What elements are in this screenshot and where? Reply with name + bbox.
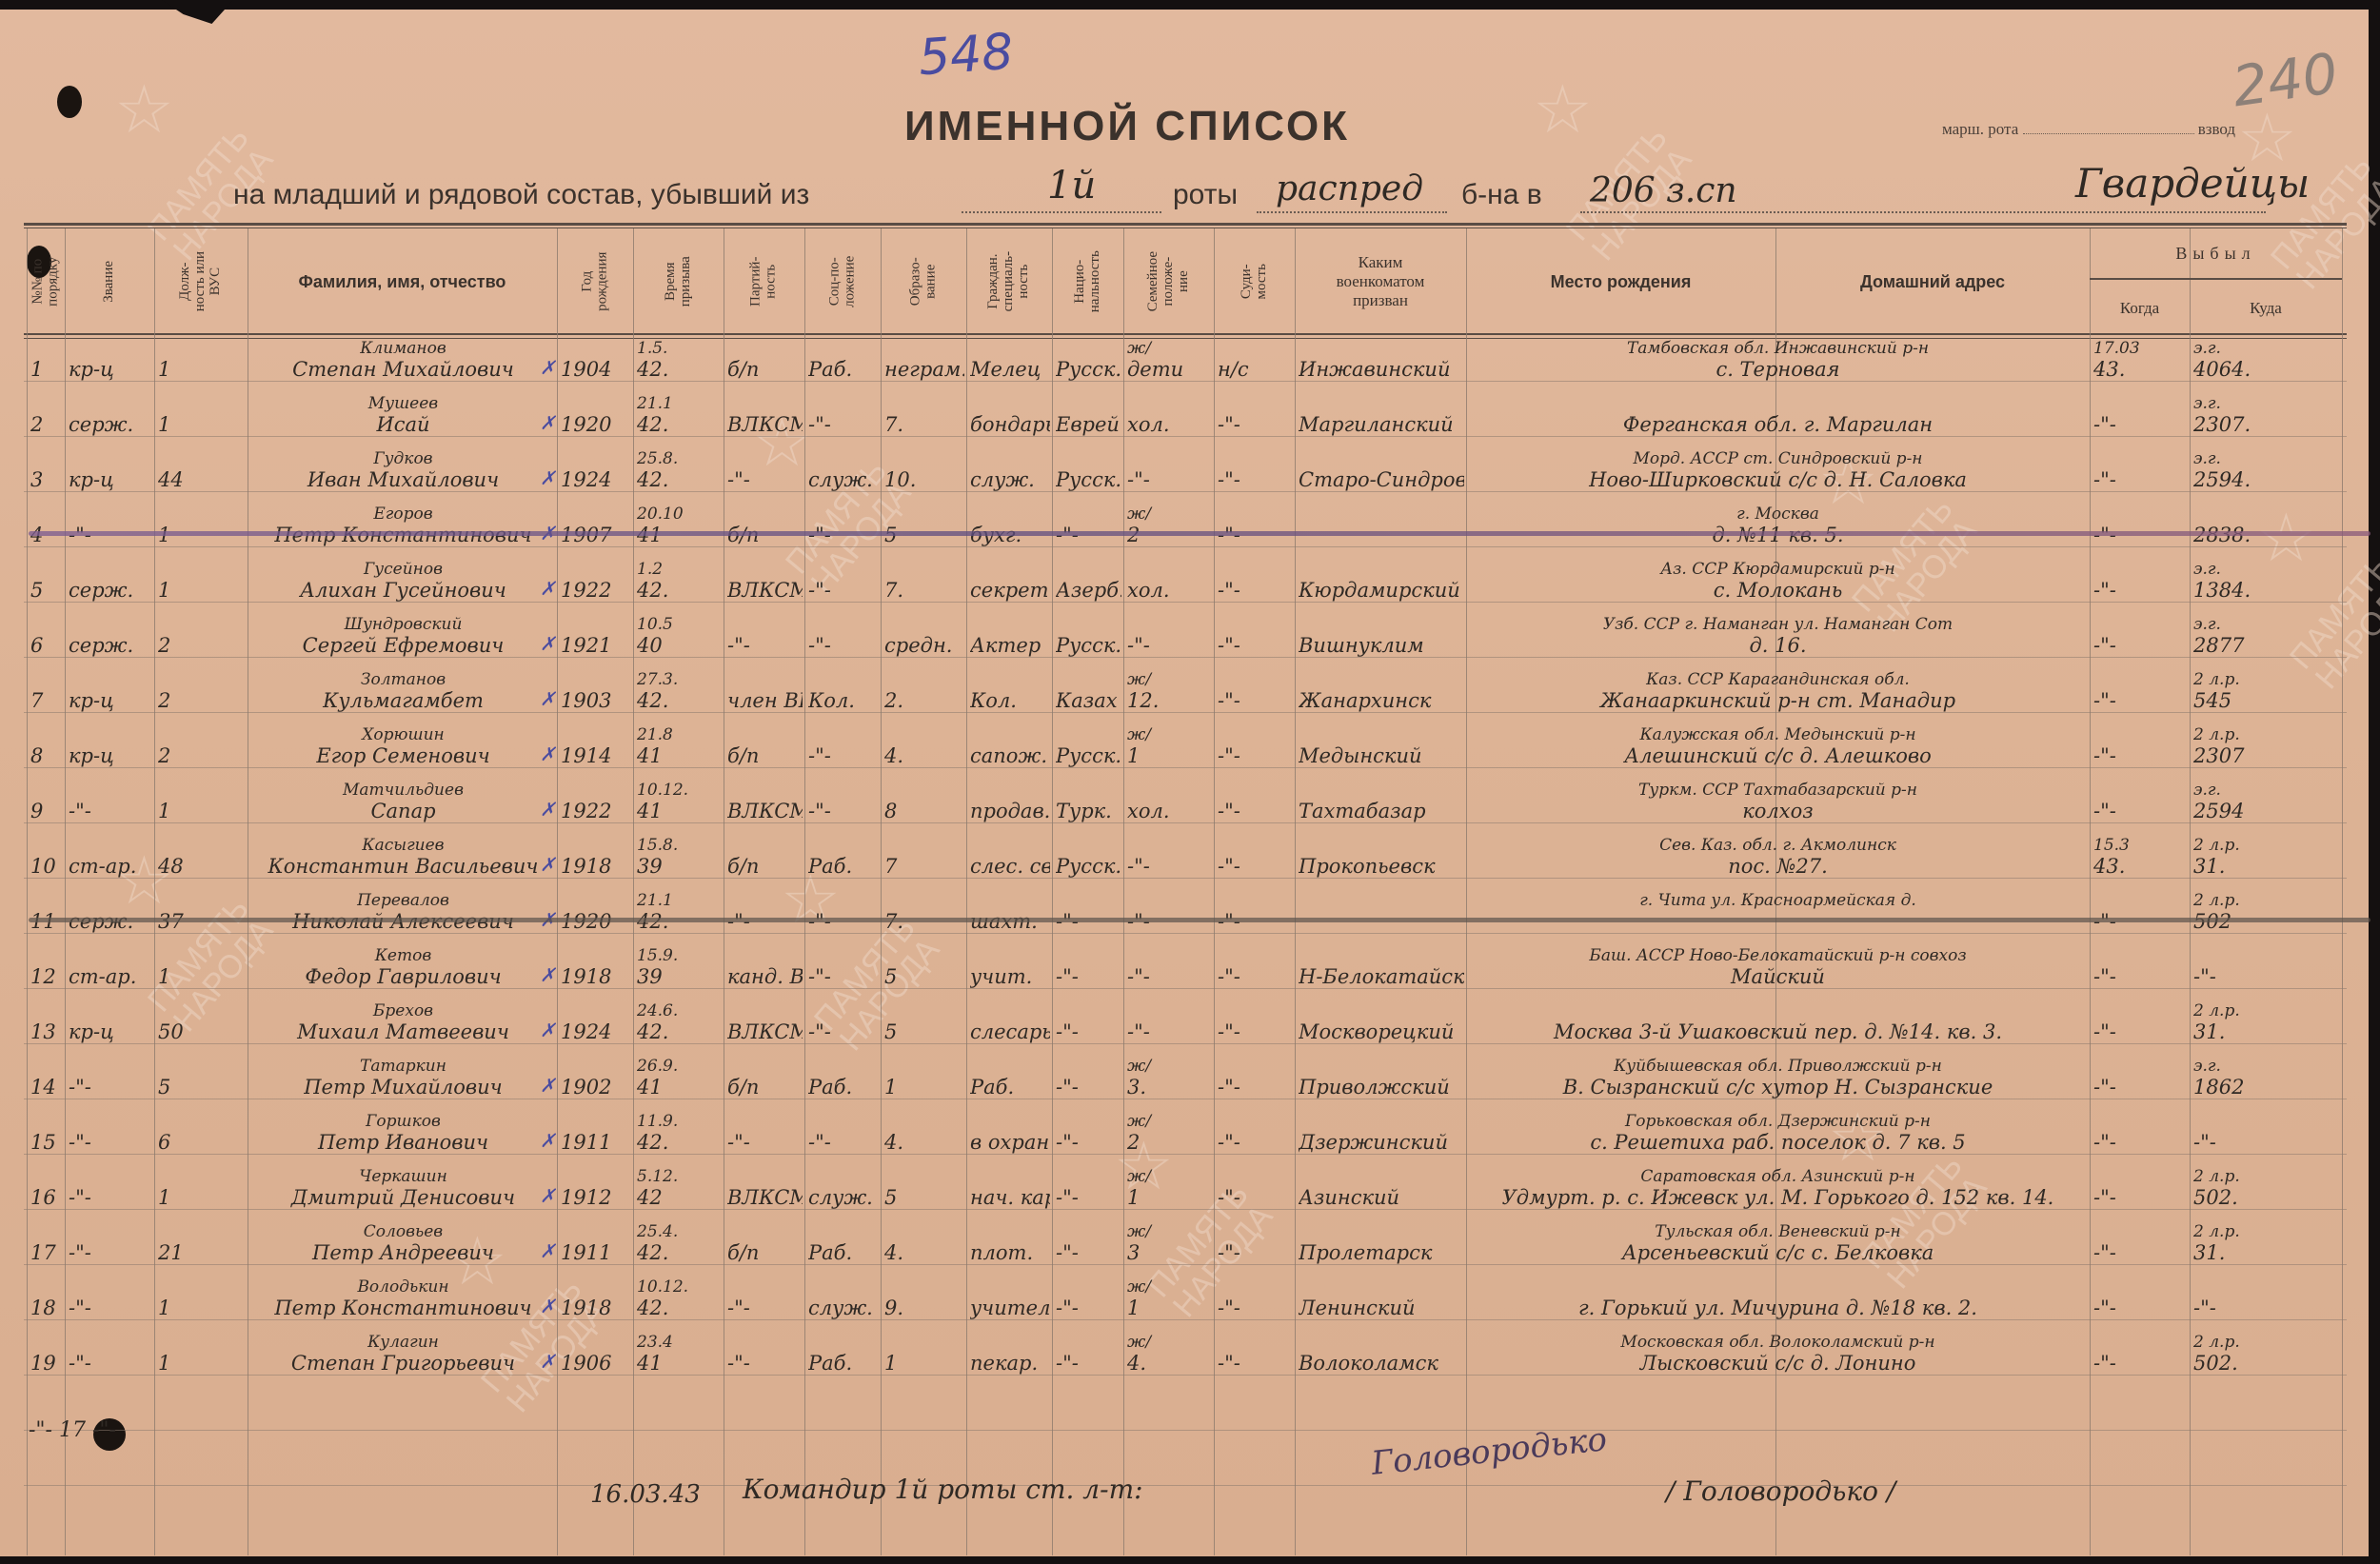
cell-when: -"- [2093, 1057, 2188, 1112]
cell-family: ж/3. [1127, 1057, 1212, 1112]
cell-social: -"- [808, 1112, 879, 1167]
cell-rank: кр-ц [69, 670, 152, 725]
column-header: Место рождения [1466, 228, 1775, 335]
scan-edge-bottom [0, 1556, 2380, 1564]
cell-year: 1918 [561, 836, 631, 891]
cell-year: 1904 [561, 339, 631, 394]
cell-social: -"- [808, 615, 879, 670]
column-header: Год рождения [557, 228, 633, 335]
cell-nat: Русск. [1056, 449, 1121, 505]
cell-when: 15.343. [2093, 836, 2188, 891]
cell-year: 1924 [561, 449, 631, 505]
cell-draft: 10.12.41 [637, 781, 722, 836]
strike-through-line [29, 918, 2370, 922]
cell-vus: 1 [158, 1167, 246, 1222]
cell-year: 1902 [561, 1057, 631, 1112]
cell-when: -"- [2093, 670, 2188, 725]
check-mark-icon: ✗ [540, 853, 556, 876]
cell-no: 12 [30, 946, 63, 1001]
cell-rank: -"- [69, 781, 152, 836]
cell-party: ВЛКСМ [727, 394, 803, 449]
cell-social: -"- [808, 725, 879, 781]
cell-rank: -"- [69, 1167, 152, 1222]
table-top-rule [24, 223, 2347, 226]
cell-court: -"- [1218, 560, 1293, 615]
column-header: Время призыва [633, 228, 724, 335]
cell-name: КлимановСтепан Михайлович [251, 339, 555, 394]
cell-vus: 1 [158, 339, 246, 394]
cell-rank: кр-ц [69, 339, 152, 394]
cell-nat: -"- [1056, 1112, 1121, 1167]
cell-name: СоловьевПетр Андреевич [251, 1222, 555, 1277]
cell-where: -"- [2193, 1112, 2340, 1167]
cell-birth: Куйбышевская обл. Приволжский р-нВ. Сызр… [1470, 1057, 2086, 1112]
cell-when: -"- [2093, 1222, 2188, 1277]
cell-no: 10 [30, 836, 63, 891]
cell-vus: 1 [158, 560, 246, 615]
column-header: Когда [2090, 282, 2190, 335]
cell-voenkomat: Азинский [1299, 1167, 1464, 1222]
cell-nat: Казах [1056, 670, 1121, 725]
column-rule [248, 228, 248, 1555]
company-label: роты [1173, 179, 1238, 211]
cell-draft: 21.142. [637, 394, 722, 449]
cell-birth: Туркм. ССР Тахтабазарский р-нколхоз [1470, 781, 2086, 836]
cell-when: -"- [2093, 1333, 2188, 1388]
cell-birth: Аз. ССР Кюрдамирский р-нс. Молокань [1470, 560, 2086, 615]
cell-when: -"- [2093, 946, 2188, 1001]
cell-edu: 7 [884, 836, 964, 891]
cell-party: -"- [727, 1333, 803, 1388]
cell-party: ВЛКСМ [727, 1001, 803, 1057]
company-type: распред [1276, 169, 1423, 208]
column-header: Фамилия, имя, отчество [248, 228, 557, 335]
cell-birth: Узб. ССР г. Наманган ул. Наманган Сотд. … [1470, 615, 2086, 670]
star-icon: ☆ [114, 76, 174, 143]
column-header: №№ по порядку [27, 228, 65, 335]
cell-birth: Московская обл. Волоколамский р-нЛысковс… [1470, 1333, 2086, 1388]
check-mark-icon: ✗ [540, 466, 556, 489]
cell-court: -"- [1218, 1112, 1293, 1167]
cell-year: 1914 [561, 725, 631, 781]
cell-party: -"- [727, 1277, 803, 1333]
check-mark-icon: ✗ [540, 1129, 556, 1152]
cell-rank: ст-ар. [69, 946, 152, 1001]
cell-name: ХорюшинЕгор Семенович [251, 725, 555, 781]
column-rule [966, 228, 967, 1555]
cell-when: -"- [2093, 1001, 2188, 1057]
cell-draft: 15.8.39 [637, 836, 722, 891]
cell-court: -"- [1218, 615, 1293, 670]
cell-voenkomat: Медынский [1299, 725, 1464, 781]
cell-party: ВЛКСМ [727, 1167, 803, 1222]
cell-draft: 25.8.42. [637, 449, 722, 505]
cell-social: служ. [808, 1277, 879, 1333]
cell-rank: ст-ар. [69, 836, 152, 891]
cell-no: 7 [30, 670, 63, 725]
cell-when: 17.0343. [2093, 339, 2188, 394]
cell-family: ж/4. [1127, 1333, 1212, 1388]
cell-party: б/п [727, 339, 803, 394]
cell-court: -"- [1218, 1222, 1293, 1277]
cell-court: -"- [1218, 1001, 1293, 1057]
cell-no: 9 [30, 781, 63, 836]
cell-rank: серж. [69, 394, 152, 449]
cell-no: 1 [30, 339, 63, 394]
cell-vus: 1 [158, 394, 246, 449]
scan-edge-right [2369, 0, 2380, 1564]
group-divider [2090, 278, 2342, 280]
footer-date: 16.03.43 [590, 1480, 701, 1509]
cell-party: -"- [727, 449, 803, 505]
cell-draft: 24.6.42. [637, 1001, 722, 1057]
cell-spec: слесарь [970, 1001, 1050, 1057]
column-rule [804, 228, 805, 1555]
cell-voenkomat: Ленинский [1299, 1277, 1464, 1333]
cell-draft: 25.4.42. [637, 1222, 722, 1277]
signature-decoded: / Головородько / [1666, 1475, 1895, 1507]
cell-spec: секрет. [970, 560, 1050, 615]
cell-draft: 1.242. [637, 560, 722, 615]
column-rule [2090, 228, 2091, 1555]
cell-name: ГудковИван Михайлович [251, 449, 555, 505]
cell-year: 1911 [561, 1112, 631, 1167]
cell-where: 2 л.р.2307 [2193, 725, 2340, 781]
column-rule [557, 228, 558, 1555]
cell-social: Раб. [808, 339, 879, 394]
cell-spec: продав. [970, 781, 1050, 836]
cell-social: служ. [808, 449, 879, 505]
cell-court: н/с [1218, 339, 1293, 394]
cell-nat: Русск. [1056, 725, 1121, 781]
cell-nat: -"- [1056, 1333, 1121, 1388]
cell-name: ТатаркинПетр Михайлович [251, 1057, 555, 1112]
check-mark-icon: ✗ [540, 1019, 556, 1041]
column-rule [633, 228, 634, 1555]
cell-family: ж/2 [1127, 1112, 1212, 1167]
cell-birth: Ферганская обл. г. Маргилан [1470, 394, 2086, 449]
cell-where: -"- [2193, 1277, 2340, 1333]
cell-voenkomat: Тахтабазар [1299, 781, 1464, 836]
cell-no: 14 [30, 1057, 63, 1112]
cell-rank: -"- [69, 1112, 152, 1167]
cell-edu: 7. [884, 394, 964, 449]
cell-party: -"- [727, 1112, 803, 1167]
torn-notch [162, 0, 233, 24]
cell-court: -"- [1218, 725, 1293, 781]
cell-where: 2 л.р.545 [2193, 670, 2340, 725]
cell-year: 1903 [561, 670, 631, 725]
group-header-vybyl: Выбыл [2090, 232, 2342, 274]
check-mark-icon: ✗ [540, 1350, 556, 1373]
cell-nat: Турк. [1056, 781, 1121, 836]
cell-rank: -"- [69, 1222, 152, 1277]
cell-draft: 11.9.42. [637, 1112, 722, 1167]
check-mark-icon: ✗ [540, 742, 556, 765]
cell-court: -"- [1218, 1057, 1293, 1112]
cell-court: -"- [1218, 836, 1293, 891]
cell-rank: серж. [69, 615, 152, 670]
cell-draft: 15.9.39 [637, 946, 722, 1001]
column-rule [881, 228, 882, 1555]
cell-nat: Азерб. [1056, 560, 1121, 615]
cell-draft: 23.441 [637, 1333, 722, 1388]
column-rule [1123, 228, 1124, 1555]
cell-court: -"- [1218, 781, 1293, 836]
cell-spec: служ. [970, 449, 1050, 505]
cell-voenkomat: Инжавинский [1299, 339, 1464, 394]
cell-birth: Тамбовская обл. Инжавинский р-нс. Тернов… [1470, 339, 2086, 394]
column-rule [1214, 228, 1215, 1555]
cell-family: -"- [1127, 836, 1212, 891]
cell-party: ВЛКСМ [727, 560, 803, 615]
cell-vus: 44 [158, 449, 246, 505]
cell-vus: 5 [158, 1057, 246, 1112]
cell-birth: Каз. ССР Карагандинская обл.Жанааркински… [1470, 670, 2086, 725]
cell-social: Раб. [808, 1222, 879, 1277]
subtitle: на младший и рядовой состав, убывший из [233, 179, 809, 211]
column-header: Суди- мость [1214, 228, 1295, 335]
cell-spec: бондарь [970, 394, 1050, 449]
row-rule [24, 1430, 2347, 1431]
cell-when: -"- [2093, 1112, 2188, 1167]
cell-where: э.г.2594 [2193, 781, 2340, 836]
cell-court: -"- [1218, 1277, 1293, 1333]
cell-year: 1921 [561, 615, 631, 670]
cell-where: 2 л.р.31. [2193, 1222, 2340, 1277]
cell-when: -"- [2093, 725, 2188, 781]
cell-name: ГоршковПетр Иванович [251, 1112, 555, 1167]
column-header: Нацио- нальность [1052, 228, 1123, 335]
cell-court: -"- [1218, 449, 1293, 505]
cell-no: 5 [30, 560, 63, 615]
cell-edu: 7. [884, 560, 964, 615]
cell-draft: 10.12.42. [637, 1277, 722, 1333]
cell-rank: -"- [69, 1057, 152, 1112]
cell-name: ВолодькинПетр Константинович [251, 1277, 555, 1333]
cell-when: -"- [2093, 560, 2188, 615]
check-mark-icon: ✗ [540, 963, 556, 986]
cell-no: 17 [30, 1222, 63, 1277]
cell-voenkomat: Вишнуклим [1299, 615, 1464, 670]
cell-edu: 1 [884, 1333, 964, 1388]
cell-where: 2 л.р.31. [2193, 1001, 2340, 1057]
cell-year: 1911 [561, 1222, 631, 1277]
archive-number: 548 [917, 24, 1015, 88]
cell-family: -"- [1127, 615, 1212, 670]
cell-edu: 4. [884, 725, 964, 781]
cell-court: -"- [1218, 946, 1293, 1001]
cell-when: -"- [2093, 615, 2188, 670]
column-rule [724, 228, 724, 1555]
cell-court: -"- [1218, 670, 1293, 725]
cell-where: э.г.2307. [2193, 394, 2340, 449]
cell-edu: 5 [884, 946, 964, 1001]
cell-rank: кр-ц [69, 449, 152, 505]
cell-spec: Актер [970, 615, 1050, 670]
cell-spec: учител. [970, 1277, 1050, 1333]
cell-birth: Морд. АССР ст. Синдровский р-нНово-Ширко… [1470, 449, 2086, 505]
cell-family: ж/1 [1127, 725, 1212, 781]
cell-vus: 1 [158, 1277, 246, 1333]
cell-birth: Горьковская обл. Дзержинский р-нс. Решет… [1470, 1112, 2086, 1167]
cell-spec: плот. [970, 1222, 1050, 1277]
cell-where: э.г.1384. [2193, 560, 2340, 615]
cell-draft: 27.3.42. [637, 670, 722, 725]
cell-voenkomat: Прокопьевск [1299, 836, 1464, 891]
cell-no: 3 [30, 449, 63, 505]
column-header: Партий- ность [724, 228, 804, 335]
cell-party: член ВКП(б) [727, 670, 803, 725]
cell-family: хол. [1127, 781, 1212, 836]
cell-edu: 5 [884, 1001, 964, 1057]
cell-vus: 21 [158, 1222, 246, 1277]
cell-voenkomat: Приволжский [1299, 1057, 1464, 1112]
column-header: Граждан. специаль- ность [966, 228, 1052, 335]
cell-court: -"- [1218, 394, 1293, 449]
cell-edu: 2. [884, 670, 964, 725]
cell-draft: 5.12.42 [637, 1167, 722, 1222]
cell-family: ж/1 [1127, 1167, 1212, 1222]
cell-year: 1922 [561, 781, 631, 836]
subtitle-prefix: на младший и рядовой состав, убывший из [233, 179, 809, 210]
cell-name: КасыгиевКонстантин Васильевич [251, 836, 555, 891]
cell-nat: -"- [1056, 1277, 1121, 1333]
cell-vus: 2 [158, 615, 246, 670]
company-number: 1й [1047, 164, 1096, 208]
cell-family: хол. [1127, 560, 1212, 615]
cell-name: ЗолтановКульмагамбет [251, 670, 555, 725]
cell-nat: Русск. [1056, 836, 1121, 891]
cell-spec: слес. связи [970, 836, 1050, 891]
corner-number: 240 [2229, 41, 2342, 120]
march-company-label: марш. рота [1942, 120, 2018, 138]
march-company-line: марш. рота взвод [1942, 120, 2235, 139]
cell-party: б/п [727, 725, 803, 781]
cell-party: ВЛКСМ [727, 781, 803, 836]
cell-vus: 2 [158, 670, 246, 725]
column-header: Куда [2190, 282, 2342, 335]
check-mark-icon: ✗ [540, 798, 556, 821]
cell-family: -"- [1127, 1001, 1212, 1057]
cell-name: ГусейновАлихан Гусейнович [251, 560, 555, 615]
cell-when: -"- [2093, 781, 2188, 836]
cell-family: ж/12. [1127, 670, 1212, 725]
cell-spec: Раб. [970, 1057, 1050, 1112]
cell-edu: 4. [884, 1222, 964, 1277]
platoon-label: взвод [2198, 120, 2235, 138]
cell-rank: серж. [69, 560, 152, 615]
commander-label: Командир 1й роты ст. л-т: [743, 1474, 1143, 1505]
check-mark-icon: ✗ [540, 1184, 556, 1207]
cell-where: э.г.4064. [2193, 339, 2340, 394]
cell-voenkomat: Кюрдамирский [1299, 560, 1464, 615]
cell-birth: Баш. АССР Ново-Белокатайский р-н совхозМ… [1470, 946, 2086, 1001]
cell-no: 8 [30, 725, 63, 781]
cell-nat: Еврей [1056, 394, 1121, 449]
cell-spec: пекар. [970, 1333, 1050, 1388]
cell-social: -"- [808, 781, 879, 836]
cell-vus: 1 [158, 1333, 246, 1388]
column-header: Звание [65, 228, 154, 335]
cell-birth: Сев. Каз. обл. г. Акмолинскпос. №27. [1470, 836, 2086, 891]
cell-where: -"- [2193, 946, 2340, 1001]
check-mark-icon: ✗ [540, 632, 556, 655]
column-rule [2190, 228, 2191, 1555]
total-line: -"- 17 -"- [29, 1418, 116, 1442]
cell-name: КулагинСтепан Григорьевич [251, 1333, 555, 1388]
cell-no: 15 [30, 1112, 63, 1167]
cell-social: Раб. [808, 1333, 879, 1388]
row-rule [24, 1485, 2347, 1486]
cell-name: МатчильдиевСапар [251, 781, 555, 836]
column-header: Соц-по- ложение [804, 228, 881, 335]
cell-party: канд. ВКП(б) [727, 946, 803, 1001]
cell-where: э.г.1862 [2193, 1057, 2340, 1112]
star-icon: ☆ [1533, 76, 1593, 143]
check-mark-icon: ✗ [540, 577, 556, 600]
cell-vus: 6 [158, 1112, 246, 1167]
column-rule [65, 228, 66, 1555]
cell-social: Кол. [808, 670, 879, 725]
cell-spec: учит. [970, 946, 1050, 1001]
cell-year: 1922 [561, 560, 631, 615]
cell-draft: 10.540 [637, 615, 722, 670]
cell-party: б/п [727, 836, 803, 891]
cell-spec: Кол. [970, 670, 1050, 725]
cell-where: 2 л.р.502. [2193, 1333, 2340, 1388]
cell-party: б/п [727, 1222, 803, 1277]
cell-where: э.г.2877 [2193, 615, 2340, 670]
cell-birth: Тульская обл. Веневский р-нАрсеньевский … [1470, 1222, 2086, 1277]
cell-voenkomat: Маргиланский [1299, 394, 1464, 449]
cell-no: 16 [30, 1167, 63, 1222]
cell-voenkomat: Старо-Синдровский [1299, 449, 1464, 505]
column-header: Семейное положе- ние [1123, 228, 1214, 335]
cell-rank: кр-ц [69, 1001, 152, 1057]
cell-edu: 8 [884, 781, 964, 836]
column-rule [1466, 228, 1467, 1555]
cell-social: -"- [808, 1001, 879, 1057]
cell-social: служ. [808, 1167, 879, 1222]
cell-when: -"- [2093, 449, 2188, 505]
battalion-label: б-на в [1461, 179, 1542, 211]
cell-rank: кр-ц [69, 725, 152, 781]
cell-year: 1924 [561, 1001, 631, 1057]
cell-vus: 2 [158, 725, 246, 781]
dotted-line [1580, 211, 2266, 213]
cell-edu: средн. [884, 615, 964, 670]
cell-rank: -"- [69, 1333, 152, 1388]
cell-name: МушеевИсай [251, 394, 555, 449]
check-mark-icon: ✗ [540, 356, 556, 379]
cell-where: 2 л.р.31. [2193, 836, 2340, 891]
cell-voenkomat: Н-Белокатайск [1299, 946, 1464, 1001]
cell-name: КетовФедор Гаврилович [251, 946, 555, 1001]
cell-no: 19 [30, 1333, 63, 1388]
check-mark-icon: ✗ [540, 1074, 556, 1097]
cell-spec: сапож. [970, 725, 1050, 781]
cell-year: 1918 [561, 946, 631, 1001]
cell-birth: Москва 3-й Ушаковский пер. д. №14. кв. 3… [1470, 1001, 2086, 1057]
column-header: Образо- вание [881, 228, 966, 335]
column-header: Домашний адрес [1775, 228, 2090, 335]
cell-family: -"- [1127, 449, 1212, 505]
cell-voenkomat: Москворецкий [1299, 1001, 1464, 1057]
cell-where: э.г.2594. [2193, 449, 2340, 505]
cell-birth: г. Горький ул. Мичурина д. №18 кв. 2. [1470, 1277, 2086, 1333]
cell-nat: Русск. [1056, 339, 1121, 394]
